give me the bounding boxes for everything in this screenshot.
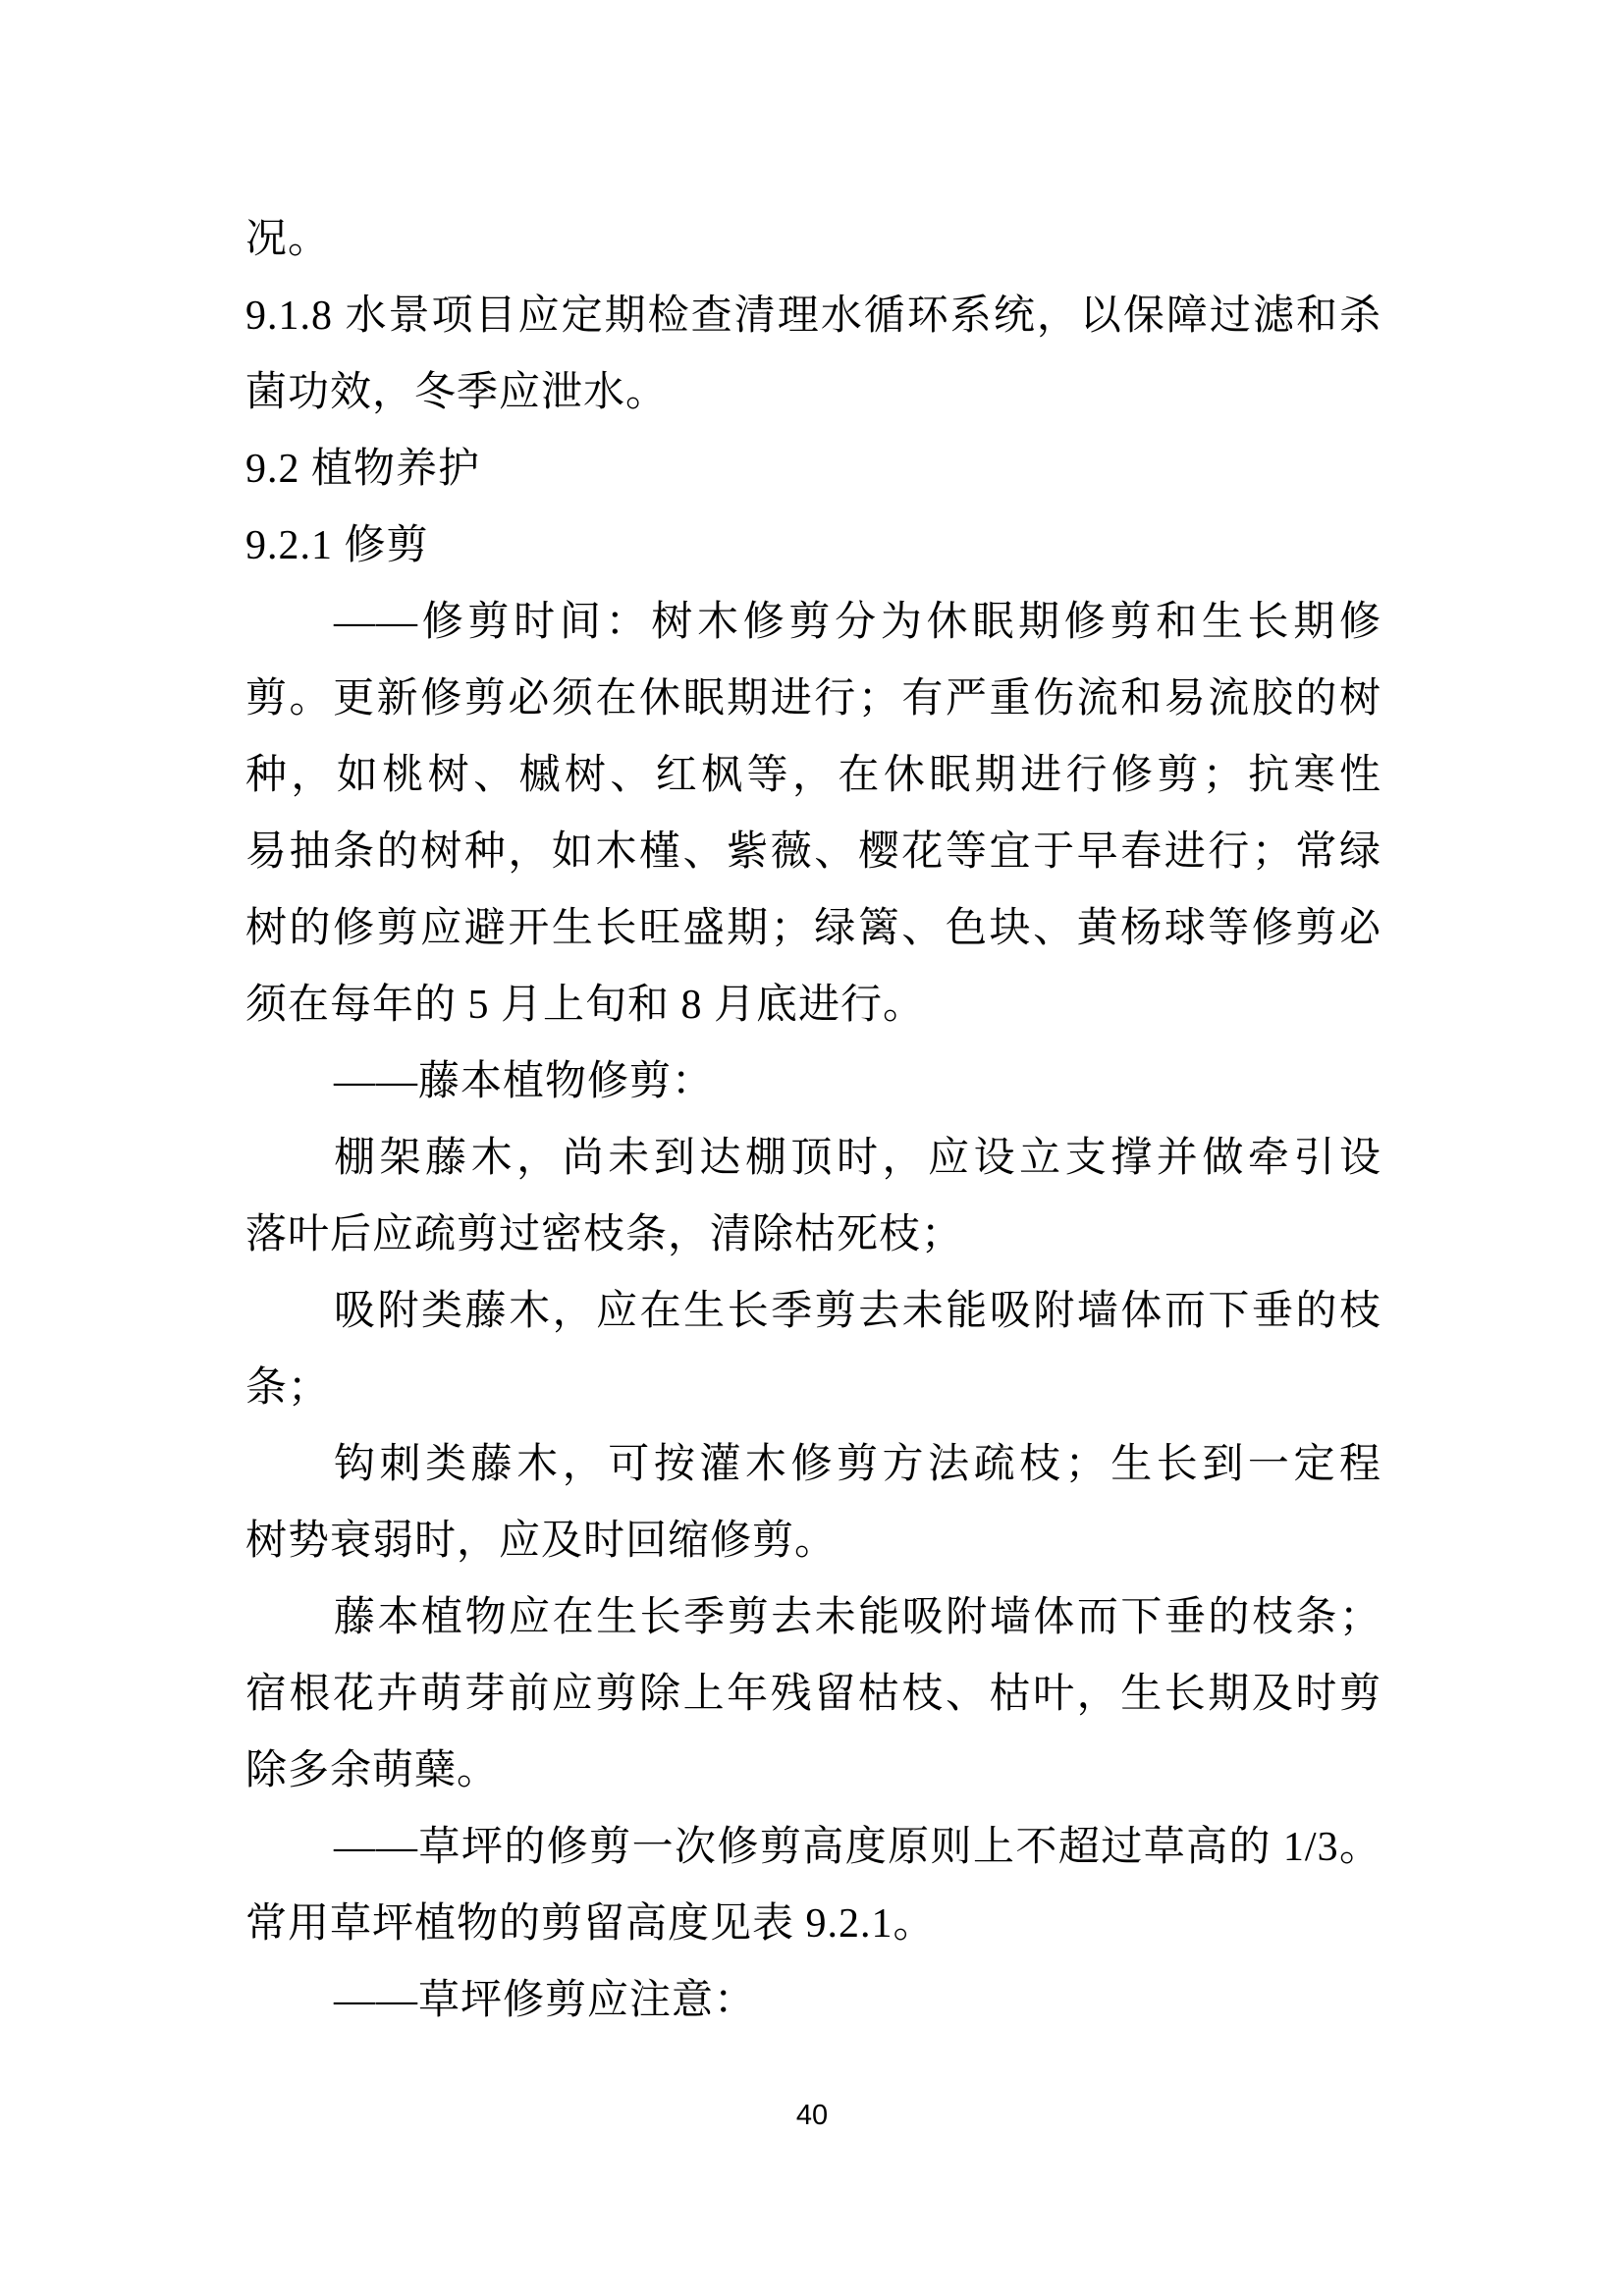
clause-line-9-1-8: 9.1.8 水景项目应定期检查清理水循环系统，以保障过滤和杀 [245,278,1381,354]
body-text-line: 须在每年的 5 月上旬和 8 月底进行。 [245,967,1381,1043]
body-text-line: 宿根花卉萌芽前应剪除上年残留枯枝、枯叶，生长期及时剪 [245,1656,1381,1733]
section-heading-9-2-1: 9.2.1 修剪 [245,507,1381,584]
body-text-line: 落叶后应疏剪过密枝条，清除枯死枝； [245,1197,1381,1273]
body-text-line: 种，如桃树、槭树、红枫等，在休眠期进行修剪；抗寒性差、 [245,737,1381,814]
body-text-line: 除多余萌蘖。 [245,1733,1381,1809]
list-item-line: ——草坪修剪应注意： [245,1962,1381,2039]
body-text-line: 条； [245,1350,1381,1426]
document-page: 况。 9.1.8 水景项目应定期检查清理水循环系统，以保障过滤和杀 菌功效，冬季… [0,0,1624,2296]
section-heading-9-2: 9.2 植物养护 [245,431,1381,507]
list-item-line: ——修剪时间：树木修剪分为休眠期修剪和生长期修 [245,584,1381,661]
body-text-line: 况。 [245,201,1381,278]
body-text-line: 棚架藤木，尚未到达棚顶时，应设立支撑并做牵引设施。 [245,1120,1381,1197]
body-text-line: 树的修剪应避开生长旺盛期；绿篱、色块、黄杨球等修剪必 [245,890,1381,967]
text-block: 况。 9.1.8 水景项目应定期检查清理水循环系统，以保障过滤和杀 菌功效，冬季… [245,201,1381,2039]
page-number: 40 [0,2099,1624,2132]
body-text-line: 吸附类藤木，应在生长季剪去未能吸附墙体而下垂的枝 [245,1273,1381,1350]
body-text-line: 易抽条的树种，如木槿、紫薇、樱花等宜于早春进行；常绿 [245,814,1381,890]
list-item-line: ——草坪的修剪一次修剪高度原则上不超过草高的 1/3。 [245,1809,1381,1886]
body-text-line: 常用草坪植物的剪留高度见表 9.2.1。 [245,1886,1381,1962]
body-text-line: 菌功效，冬季应泄水。 [245,354,1381,431]
body-text-line: 剪。更新修剪必须在休眠期进行；有严重伤流和易流胶的树 [245,661,1381,737]
body-text-line: 钩刺类藤木，可按灌木修剪方法疏枝；生长到一定程度， [245,1426,1381,1503]
list-item-line: ——藤本植物修剪： [245,1043,1381,1120]
body-text-line: 树势衰弱时，应及时回缩修剪。 [245,1503,1381,1579]
body-text-line: 藤本植物应在生长季剪去未能吸附墙体而下垂的枝条； [245,1579,1381,1656]
